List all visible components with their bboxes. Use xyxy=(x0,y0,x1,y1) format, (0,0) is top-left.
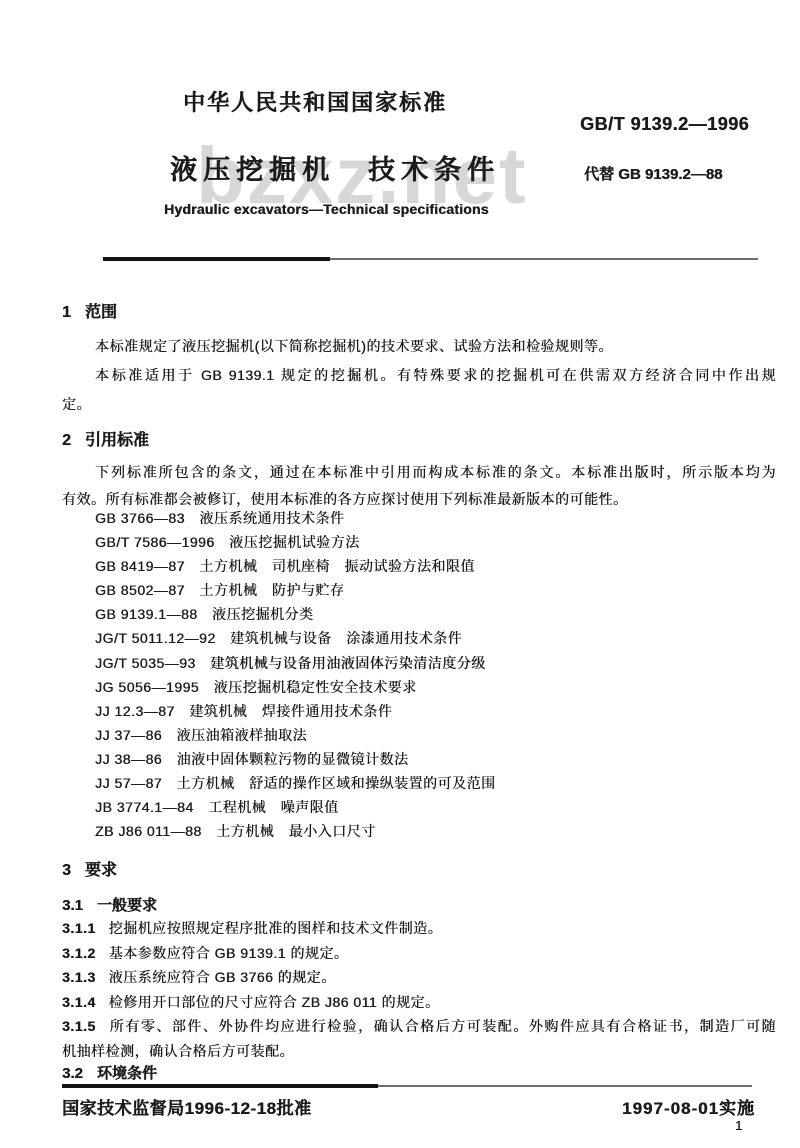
section-references-heading: 2引用标准 xyxy=(62,427,149,450)
footer-rule-thick xyxy=(62,1084,378,1088)
clause-number: 3.1.3 xyxy=(62,969,96,985)
replaces-note: 代替 GB 9139.2—88 xyxy=(584,163,722,184)
subsection-environment-heading: 3.2环境条件 xyxy=(62,1062,157,1083)
list-item: GB 9139.1—88 液压挖掘机分类 xyxy=(95,602,785,626)
clause-text: 液压系统应符合 GB 3766 的规定。 xyxy=(109,969,336,985)
scope-paragraph-line: 本标准适用于 GB 9139.1 规定的挖掘机。有特殊要求的挖掘机可在供需双方经… xyxy=(95,365,776,385)
header-rule-thin xyxy=(330,258,758,260)
clause-text: 挖掘机应按照规定程序批准的图样和技术文件制造。 xyxy=(109,920,443,936)
section-title: 要求 xyxy=(85,862,117,879)
subsection-general-heading: 3.1一般要求 xyxy=(62,894,157,915)
section-number: 3 xyxy=(62,862,71,880)
list-item: JJ 37—86 液压油箱液样抽取法 xyxy=(95,723,785,747)
clause-text: 所有零、部件、外协件均应进行检验，确认合格后方可装配。外购件应具有合格证书，制造… xyxy=(109,1018,776,1034)
subsection-number: 3.1 xyxy=(62,897,83,914)
clause-number: 3.1.1 xyxy=(62,920,96,936)
clause-number: 3.1.5 xyxy=(62,1018,96,1034)
list-item: GB 8502—87 土方机械 防护与贮存 xyxy=(95,578,785,602)
scope-paragraph-line: 定。 xyxy=(62,394,91,414)
approval-note: 国家技术监督局1996-12-18批准 xyxy=(62,1094,311,1119)
references-intro-line: 下列标准所包含的条文，通过在本标准中引用而构成本标准的条文。本标准出版时，所示版… xyxy=(95,462,776,482)
section-title: 引用标准 xyxy=(85,432,149,449)
page-number: 1 xyxy=(735,1118,742,1133)
list-item: JG/T 5011.12—92 建筑机械与设备 涂漆通用技术条件 xyxy=(95,626,785,650)
header-rule-thick xyxy=(103,257,330,261)
authority-line: 中华人民共和国国家标准 xyxy=(183,86,447,117)
clause-text: 基本参数应符合 GB 9139.1 的规定。 xyxy=(109,945,349,961)
clause-number: 3.1.2 xyxy=(62,945,96,961)
section-number: 1 xyxy=(62,304,71,322)
document-page: bzxz.net 中华人民共和国国家标准 GB/T 9139.2—1996 液压… xyxy=(0,0,800,1148)
list-item: ZB J86 011—88 土方机械 最小入口尺寸 xyxy=(95,819,785,843)
clause-text: 机抽样检测，确认合格后方可装配。 xyxy=(62,1043,294,1059)
list-item: JJ 38—86 油液中固体颗粒污物的显微镜计数法 xyxy=(95,747,785,771)
section-requirements-heading: 3要求 xyxy=(62,857,117,880)
section-scope-heading: 1范围 xyxy=(62,299,117,322)
list-item: JJ 12.3—87 建筑机械 焊接件通用技术条件 xyxy=(95,699,785,723)
list-item: JG/T 5035—93 建筑机械与设备用油液固体污染清洁度分级 xyxy=(95,651,785,675)
clause-line: 3.1.2基本参数应符合 GB 9139.1 的规定。 xyxy=(62,941,776,966)
list-item: GB 3766—83 液压系统通用技术条件 xyxy=(95,506,785,530)
scope-paragraph-line: 本标准规定了液压挖掘机(以下简称挖掘机)的技术要求、试验方法和检验规则等。 xyxy=(95,336,613,356)
clause-line: 3.1.4检修用开口部位的尺寸应符合 ZB J86 011 的规定。 xyxy=(62,990,776,1015)
clause-number: 3.1.4 xyxy=(62,994,96,1010)
section-number: 2 xyxy=(62,432,71,450)
document-content: 中华人民共和国国家标准 GB/T 9139.2—1996 液压挖掘机 技术条件 … xyxy=(0,0,800,1148)
footer-rule-thin xyxy=(378,1085,752,1087)
subsection-number: 3.2 xyxy=(62,1065,83,1082)
standard-title-en: Hydraulic excavators—Technical specifica… xyxy=(164,201,489,217)
standard-code: GB/T 9139.2—1996 xyxy=(580,114,749,135)
subsection-title: 一般要求 xyxy=(97,897,157,914)
list-item: JG 5056—1995 液压挖掘机稳定性安全技术要求 xyxy=(95,675,785,699)
clause-line: 3.1.1挖掘机应按照规定程序批准的图样和技术文件制造。 xyxy=(62,916,776,941)
subsection-title: 环境条件 xyxy=(97,1065,157,1082)
list-item: GB/T 7586—1996 液压挖掘机试验方法 xyxy=(95,530,785,554)
list-item: JB 3774.1—84 工程机械 噪声限值 xyxy=(95,795,785,819)
clause-line: 3.1.5所有零、部件、外协件均应进行检验，确认合格后方可装配。外购件应具有合格… xyxy=(62,1014,776,1039)
requirements-clause-list: 3.1.1挖掘机应按照规定程序批准的图样和技术文件制造。 3.1.2基本参数应符… xyxy=(62,916,776,1063)
standard-title-cn: 液压挖掘机 技术条件 xyxy=(170,148,500,187)
clause-line: 3.1.3液压系统应符合 GB 3766 的规定。 xyxy=(62,965,776,990)
section-title: 范围 xyxy=(85,304,117,321)
clause-text: 检修用开口部位的尺寸应符合 ZB J86 011 的规定。 xyxy=(109,994,440,1010)
effective-date-note: 1997-08-01实施 xyxy=(622,1094,755,1119)
list-item: GB 8419—87 土方机械 司机座椅 振动试验方法和限值 xyxy=(95,554,785,578)
list-item: JJ 57—87 土方机械 舒适的操作区域和操纵装置的可及范围 xyxy=(95,771,785,795)
referenced-standards-list: GB 3766—83 液压系统通用技术条件 GB/T 7586—1996 液压挖… xyxy=(95,506,785,843)
clause-line: 机抽样检测，确认合格后方可装配。 xyxy=(62,1039,776,1064)
